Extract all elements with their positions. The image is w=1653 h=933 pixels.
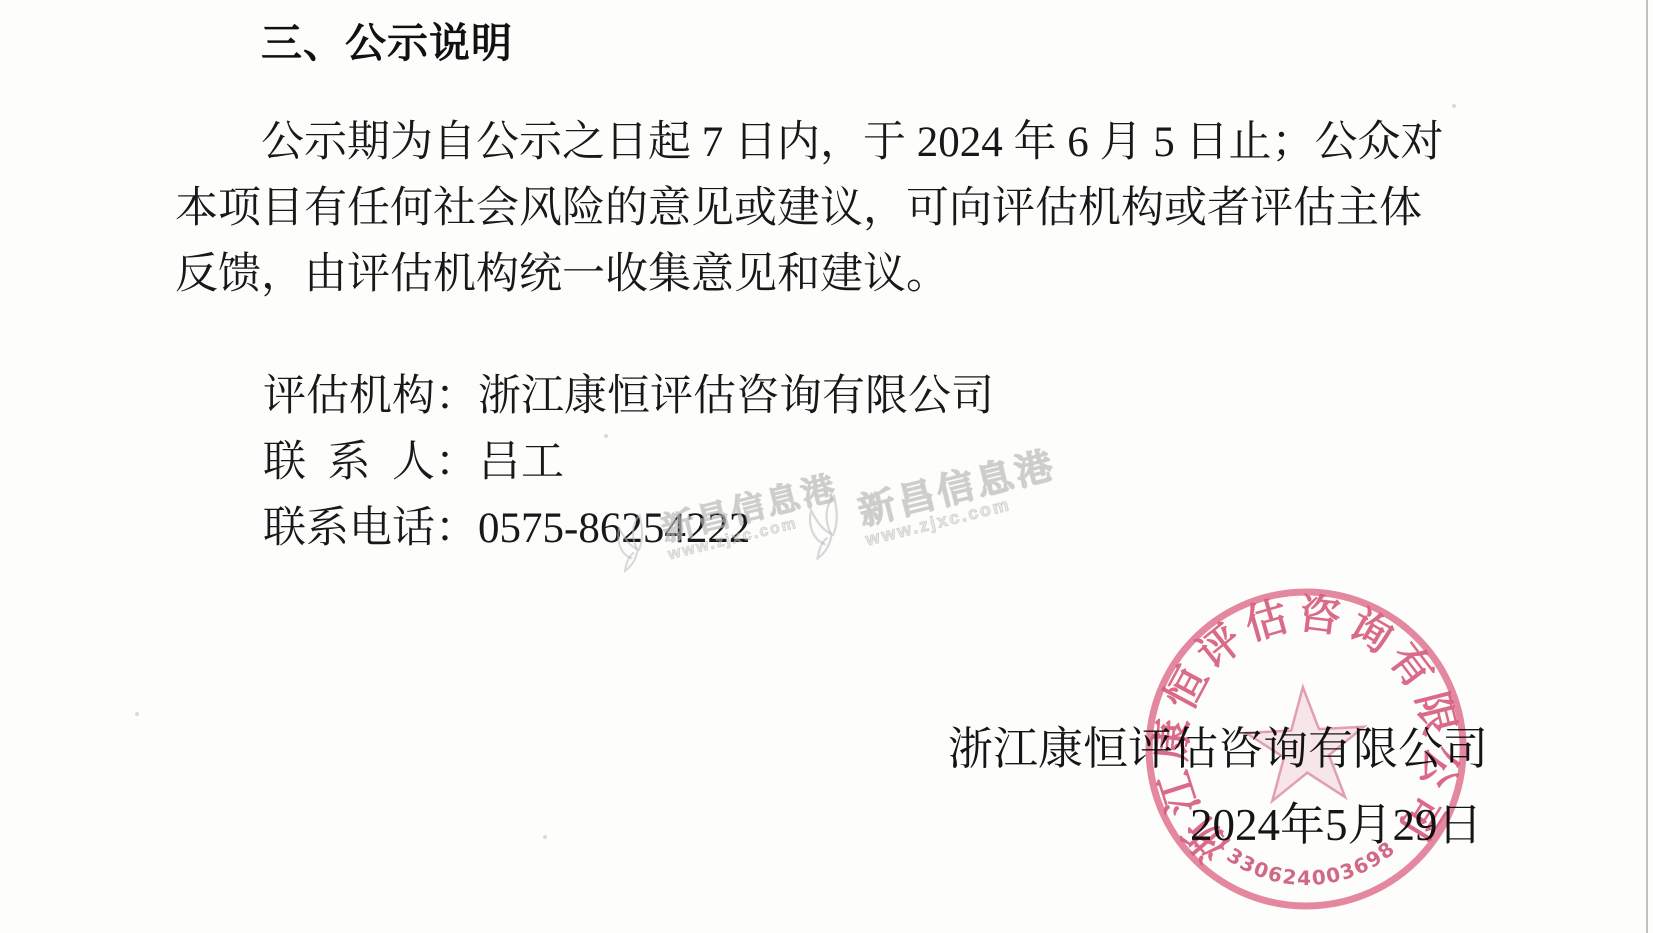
- scan-speck: [1452, 104, 1456, 108]
- section-title: 三、公示说明: [261, 10, 513, 69]
- scan-speck: [135, 712, 139, 716]
- paragraph-line-2: 本项目有任何社会风险的意见或建议，可向评估机构或者评估主体: [175, 176, 1465, 242]
- contact-agency-line: 评估机构：浙江康恒评估咨询有限公司: [263, 364, 994, 430]
- paragraph-line-3: 反馈，由评估机构统一收集意见和建议。: [175, 242, 1465, 308]
- document-page: 三、公示说明 公示期为自公示之日起 7 日内，于 2024 年 6 月 5 日止…: [0, 0, 1653, 933]
- scan-edge-line: [1646, 0, 1648, 933]
- paragraph-line-1: 公示期为自公示之日起 7 日内，于 2024 年 6 月 5 日止；公众对: [175, 110, 1465, 176]
- notice-paragraph: 公示期为自公示之日起 7 日内，于 2024 年 6 月 5 日止；公众对 本项…: [175, 110, 1465, 308]
- signature-date: 2024年5月29日: [1190, 796, 1483, 854]
- contact-phone-line: 联系电话：0575-86254222: [263, 496, 994, 562]
- contact-block: 评估机构：浙江康恒评估咨询有限公司 联 系 人：吕工 联系电话：0575-862…: [263, 364, 994, 562]
- contact-person-line: 联 系 人：吕工: [263, 430, 994, 496]
- signature-company: 浙江康恒评估咨询有限公司: [948, 720, 1488, 778]
- scan-speck: [543, 835, 547, 839]
